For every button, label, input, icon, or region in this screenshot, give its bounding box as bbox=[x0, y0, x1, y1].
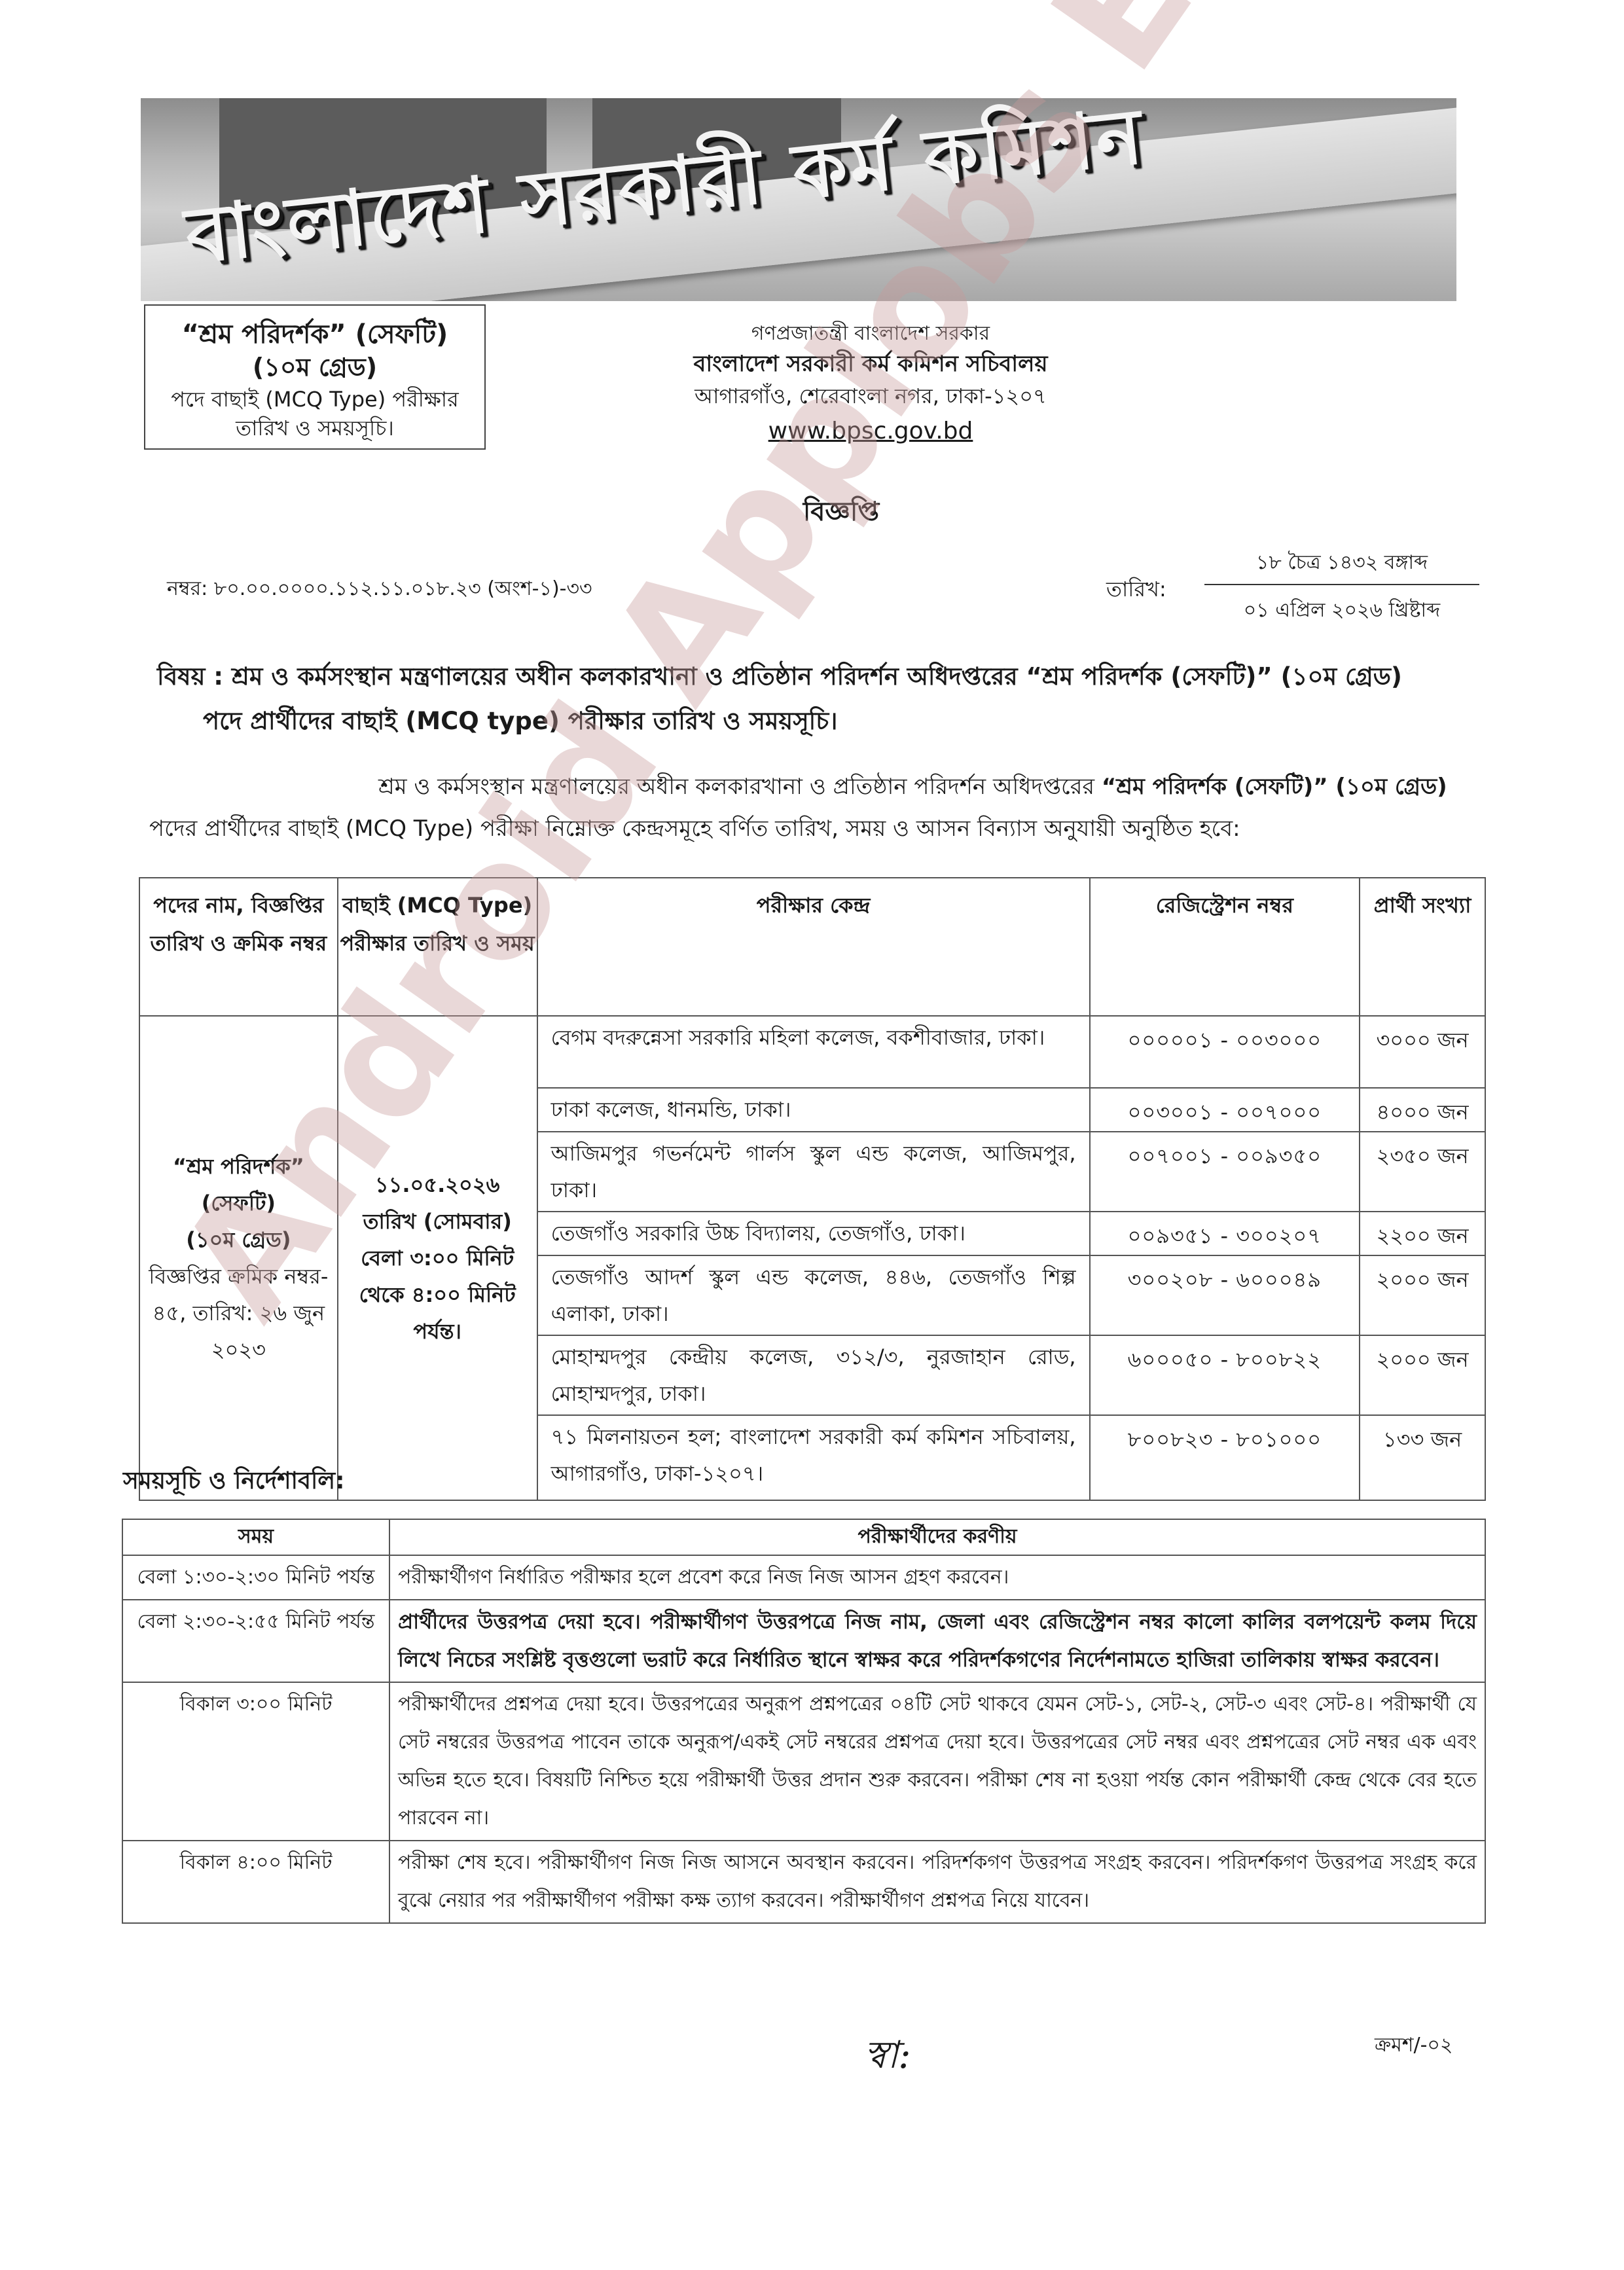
schedule-caption: তারিখ ও সময়সূচি। bbox=[145, 414, 484, 442]
date-english: ০১ এপ্রিল ২০২৬ খ্রিষ্টাব্দ bbox=[1204, 594, 1479, 628]
table-row: বিকাল ৪:০০ মিনিটপরীক্ষা শেষ হবে। পরীক্ষা… bbox=[122, 1841, 1485, 1923]
notice-title: বিজ্ঞপ্তি bbox=[710, 491, 972, 535]
registration-range: ৩০০২০৮ - ৬০০০৪৯ bbox=[1090, 1255, 1360, 1335]
header-exam-date: বাছাই (MCQ Type) পরীক্ষার তারিখ ও সময় bbox=[338, 878, 537, 1016]
venue-cell: তেজগাঁও সরকারি উচ্চ বিদ্যালয়, তেজগাঁও, … bbox=[537, 1212, 1090, 1255]
registration-range: ৮০০৮২৩ - ৮০১০০০ bbox=[1090, 1415, 1360, 1500]
candidate-count: ১৩৩ জন bbox=[1360, 1415, 1485, 1500]
post-cell: “শ্রম পরিদর্শক”(সেফটি)(১০ম গ্রেড)বিজ্ঞপ্… bbox=[139, 1016, 338, 1500]
government-name: গণপ্রজাতন্ত্রী বাংলাদেশ সরকার bbox=[609, 317, 1132, 351]
registration-range: ০০৯৩৫১ - ৩০০২০৭ bbox=[1090, 1212, 1360, 1255]
instruction-text: প্রার্থীদের উত্তরপত্র দেয়া হবে। পরীক্ষা… bbox=[389, 1600, 1485, 1682]
table-row: বেলা ১:৩০-২:৩০ মিনিট পর্যন্তপরীক্ষার্থীগ… bbox=[122, 1555, 1485, 1600]
time-cell: বিকাল ৩:০০ মিনিট bbox=[122, 1682, 389, 1841]
venue-cell: বেগম বদরুন্নেসা সরকারি মহিলা কলেজ, বকশীব… bbox=[537, 1016, 1090, 1088]
time-cell: বেলা ১:৩০-২:৩০ মিনিট পর্যন্ত bbox=[122, 1555, 389, 1600]
instruction-text: পরীক্ষা শেষ হবে। পরীক্ষার্থীগণ নিজ নিজ আ… bbox=[389, 1841, 1485, 1923]
website-link[interactable]: www.bpsc.gov.bd bbox=[609, 418, 1132, 444]
secretariat-name: বাংলাদেশ সরকারী কর্ম কমিশন সচিবালয় bbox=[609, 347, 1132, 384]
candidate-count: ২০০০ জন bbox=[1360, 1255, 1485, 1335]
post-name: “শ্রম পরিদর্শক” bbox=[148, 1148, 329, 1185]
bpsc-building-banner: বাংলাদেশ সরকারী কর্ম কমিশন bbox=[141, 98, 1456, 301]
post-grade: (১০ম গ্রেড) bbox=[148, 1221, 329, 1258]
circular-ref: বিজ্ঞপ্তির ক্রমিক নম্বর- ৪৫, তারিখ: ২৬ জ… bbox=[148, 1258, 329, 1368]
candidate-count: ৪০০০ জন bbox=[1360, 1088, 1485, 1132]
exam-centers-table: পদের নাম, বিজ্ঞপ্তির তারিখ ও ক্রমিক নম্ব… bbox=[139, 877, 1486, 1501]
registration-range: ০০৭০০১ - ০০৯৩৫০ bbox=[1090, 1132, 1360, 1212]
subject-line-2: পদে প্রার্থীদের বাছাই (MCQ type) পরীক্ষা… bbox=[157, 699, 1492, 744]
time-cell: বিকাল ৪:০০ মিনিট bbox=[122, 1841, 389, 1923]
continued-marker: ক্রমশ/-০২ bbox=[1375, 2029, 1453, 2063]
header-duties: পরীক্ষার্থীদের করণীয় bbox=[389, 1519, 1485, 1555]
instruction-text: পরীক্ষার্থীদের প্রশ্নপত্র দেয়া হবে। উত্… bbox=[389, 1682, 1485, 1841]
reference-number: নম্বর: ৮০.০০.০০০০.১১২.১১.০১৮.২৩ (অংশ-১)-… bbox=[167, 573, 592, 606]
instructions-table: সময় পরীক্ষার্থীদের করণীয় বেলা ১:৩০-২:৩… bbox=[122, 1519, 1486, 1924]
candidate-count: ২০০০ জন bbox=[1360, 1335, 1485, 1415]
exam-time: বেলা ৩:০০ মিনিট থেকে ৪:০০ মিনিট পর্যন্ত। bbox=[346, 1240, 529, 1350]
subject-line-1: বিষয় : শ্রম ও কর্মসংস্থান মন্ত্রণালয়ের… bbox=[157, 662, 1402, 691]
venue-cell: তেজগাঁও আদর্শ স্কুল এন্ড কলেজ, ৪৪৬, তেজগ… bbox=[537, 1255, 1090, 1335]
candidate-count: ২৩৫০ জন bbox=[1360, 1132, 1485, 1212]
signature: স্বা: bbox=[864, 2026, 911, 2089]
venue-cell: ৭১ মিলনায়তন হল; বাংলাদেশ সরকারী কর্ম কম… bbox=[537, 1415, 1090, 1500]
body-post-name: “শ্রম পরিদর্শক (সেফটি)” (১০ম গ্রেড) bbox=[1102, 774, 1447, 800]
header-time: সময় bbox=[122, 1519, 389, 1555]
venue-cell: আজিমপুর গভর্নমেন্ট গার্লস স্কুল এন্ড কলে… bbox=[537, 1132, 1090, 1212]
table-row: বেলা ২:৩০-২:৫৫ মিনিট পর্যন্তপ্রার্থীদের … bbox=[122, 1600, 1485, 1682]
body-paragraph: শ্রম ও কর্মসংস্থান মন্ত্রণালয়ের অধীন কল… bbox=[149, 766, 1491, 850]
candidate-count: ২২০০ জন bbox=[1360, 1212, 1485, 1255]
date-label: তারিখ: bbox=[1106, 573, 1166, 608]
exam-day: তারিখ (সোমবার) bbox=[346, 1203, 529, 1240]
table-row: বিকাল ৩:০০ মিনিটপরীক্ষার্থীদের প্রশ্নপত্… bbox=[122, 1682, 1485, 1841]
header-center: পরীক্ষার কেন্দ্র bbox=[537, 878, 1090, 1016]
post-grade: (১০ম গ্রেড) bbox=[145, 350, 484, 384]
table-row: “শ্রম পরিদর্শক”(সেফটি)(১০ম গ্রেড)বিজ্ঞপ্… bbox=[139, 1016, 1485, 1088]
venue-cell: ঢাকা কলেজ, ধানমন্ডি, ঢাকা। bbox=[537, 1088, 1090, 1132]
subject: বিষয় : শ্রম ও কর্মসংস্থান মন্ত্রণালয়ের… bbox=[157, 655, 1492, 744]
body-part-1: শ্রম ও কর্মসংস্থান মন্ত্রণালয়ের অধীন কল… bbox=[378, 774, 1102, 800]
registration-range: ৬০০০৫০ - ৮০০৮২২ bbox=[1090, 1335, 1360, 1415]
time-cell: বেলা ২:৩০-২:৫৫ মিনিট পর্যন্ত bbox=[122, 1600, 389, 1682]
exam-date: ১১.০৫.২০২৬ bbox=[346, 1166, 529, 1203]
date-bangla: ১৮ চৈত্র ১৪৩২ বঙ্গাব্দ bbox=[1204, 547, 1479, 585]
candidate-count: ৩০০০ জন bbox=[1360, 1016, 1485, 1088]
instruction-text: পরীক্ষার্থীগণ নির্ধারিত পরীক্ষার হলে প্র… bbox=[389, 1555, 1485, 1600]
exam-schedule-cell: ১১.০৫.২০২৬তারিখ (সোমবার)বেলা ৩:০০ মিনিট … bbox=[338, 1016, 537, 1500]
table-header-row: পদের নাম, বিজ্ঞপ্তির তারিখ ও ক্রমিক নম্ব… bbox=[139, 878, 1485, 1016]
office-address: আগারগাঁও, শেরেবাংলা নগর, ঢাকা-১২০৭ bbox=[609, 380, 1132, 415]
header-registration: রেজিস্ট্রেশন নম্বর bbox=[1090, 878, 1360, 1016]
header-post: পদের নাম, বিজ্ঞপ্তির তারিখ ও ক্রমিক নম্ব… bbox=[139, 878, 338, 1016]
header-candidates: প্রার্থী সংখ্যা bbox=[1360, 878, 1485, 1016]
body-part-2: পদের প্রার্থীদের বাছাই (MCQ Type) পরীক্ষ… bbox=[149, 816, 1240, 842]
instructions-heading: সময়সূচি ও নির্দেশাবলি: bbox=[123, 1463, 345, 1502]
exam-type: পদে বাছাই (MCQ Type) পরীক্ষার bbox=[145, 384, 484, 414]
registration-range: ০০০০০১ - ০০৩০০০ bbox=[1090, 1016, 1360, 1088]
post-summary-box: “শ্রম পরিদর্শক” (সেফটি) (১০ম গ্রেড) পদে … bbox=[144, 304, 486, 450]
registration-range: ০০৩০০১ - ০০৭০০০ bbox=[1090, 1088, 1360, 1132]
post-type: (সেফটি) bbox=[148, 1185, 329, 1221]
post-title: “শ্রম পরিদর্শক” (সেফটি) bbox=[145, 319, 484, 350]
venue-cell: মোহাম্মদপুর কেন্দ্রীয় কলেজ, ৩১২/৩, নুরজ… bbox=[537, 1335, 1090, 1415]
table-header-row: সময় পরীক্ষার্থীদের করণীয় bbox=[122, 1519, 1485, 1555]
